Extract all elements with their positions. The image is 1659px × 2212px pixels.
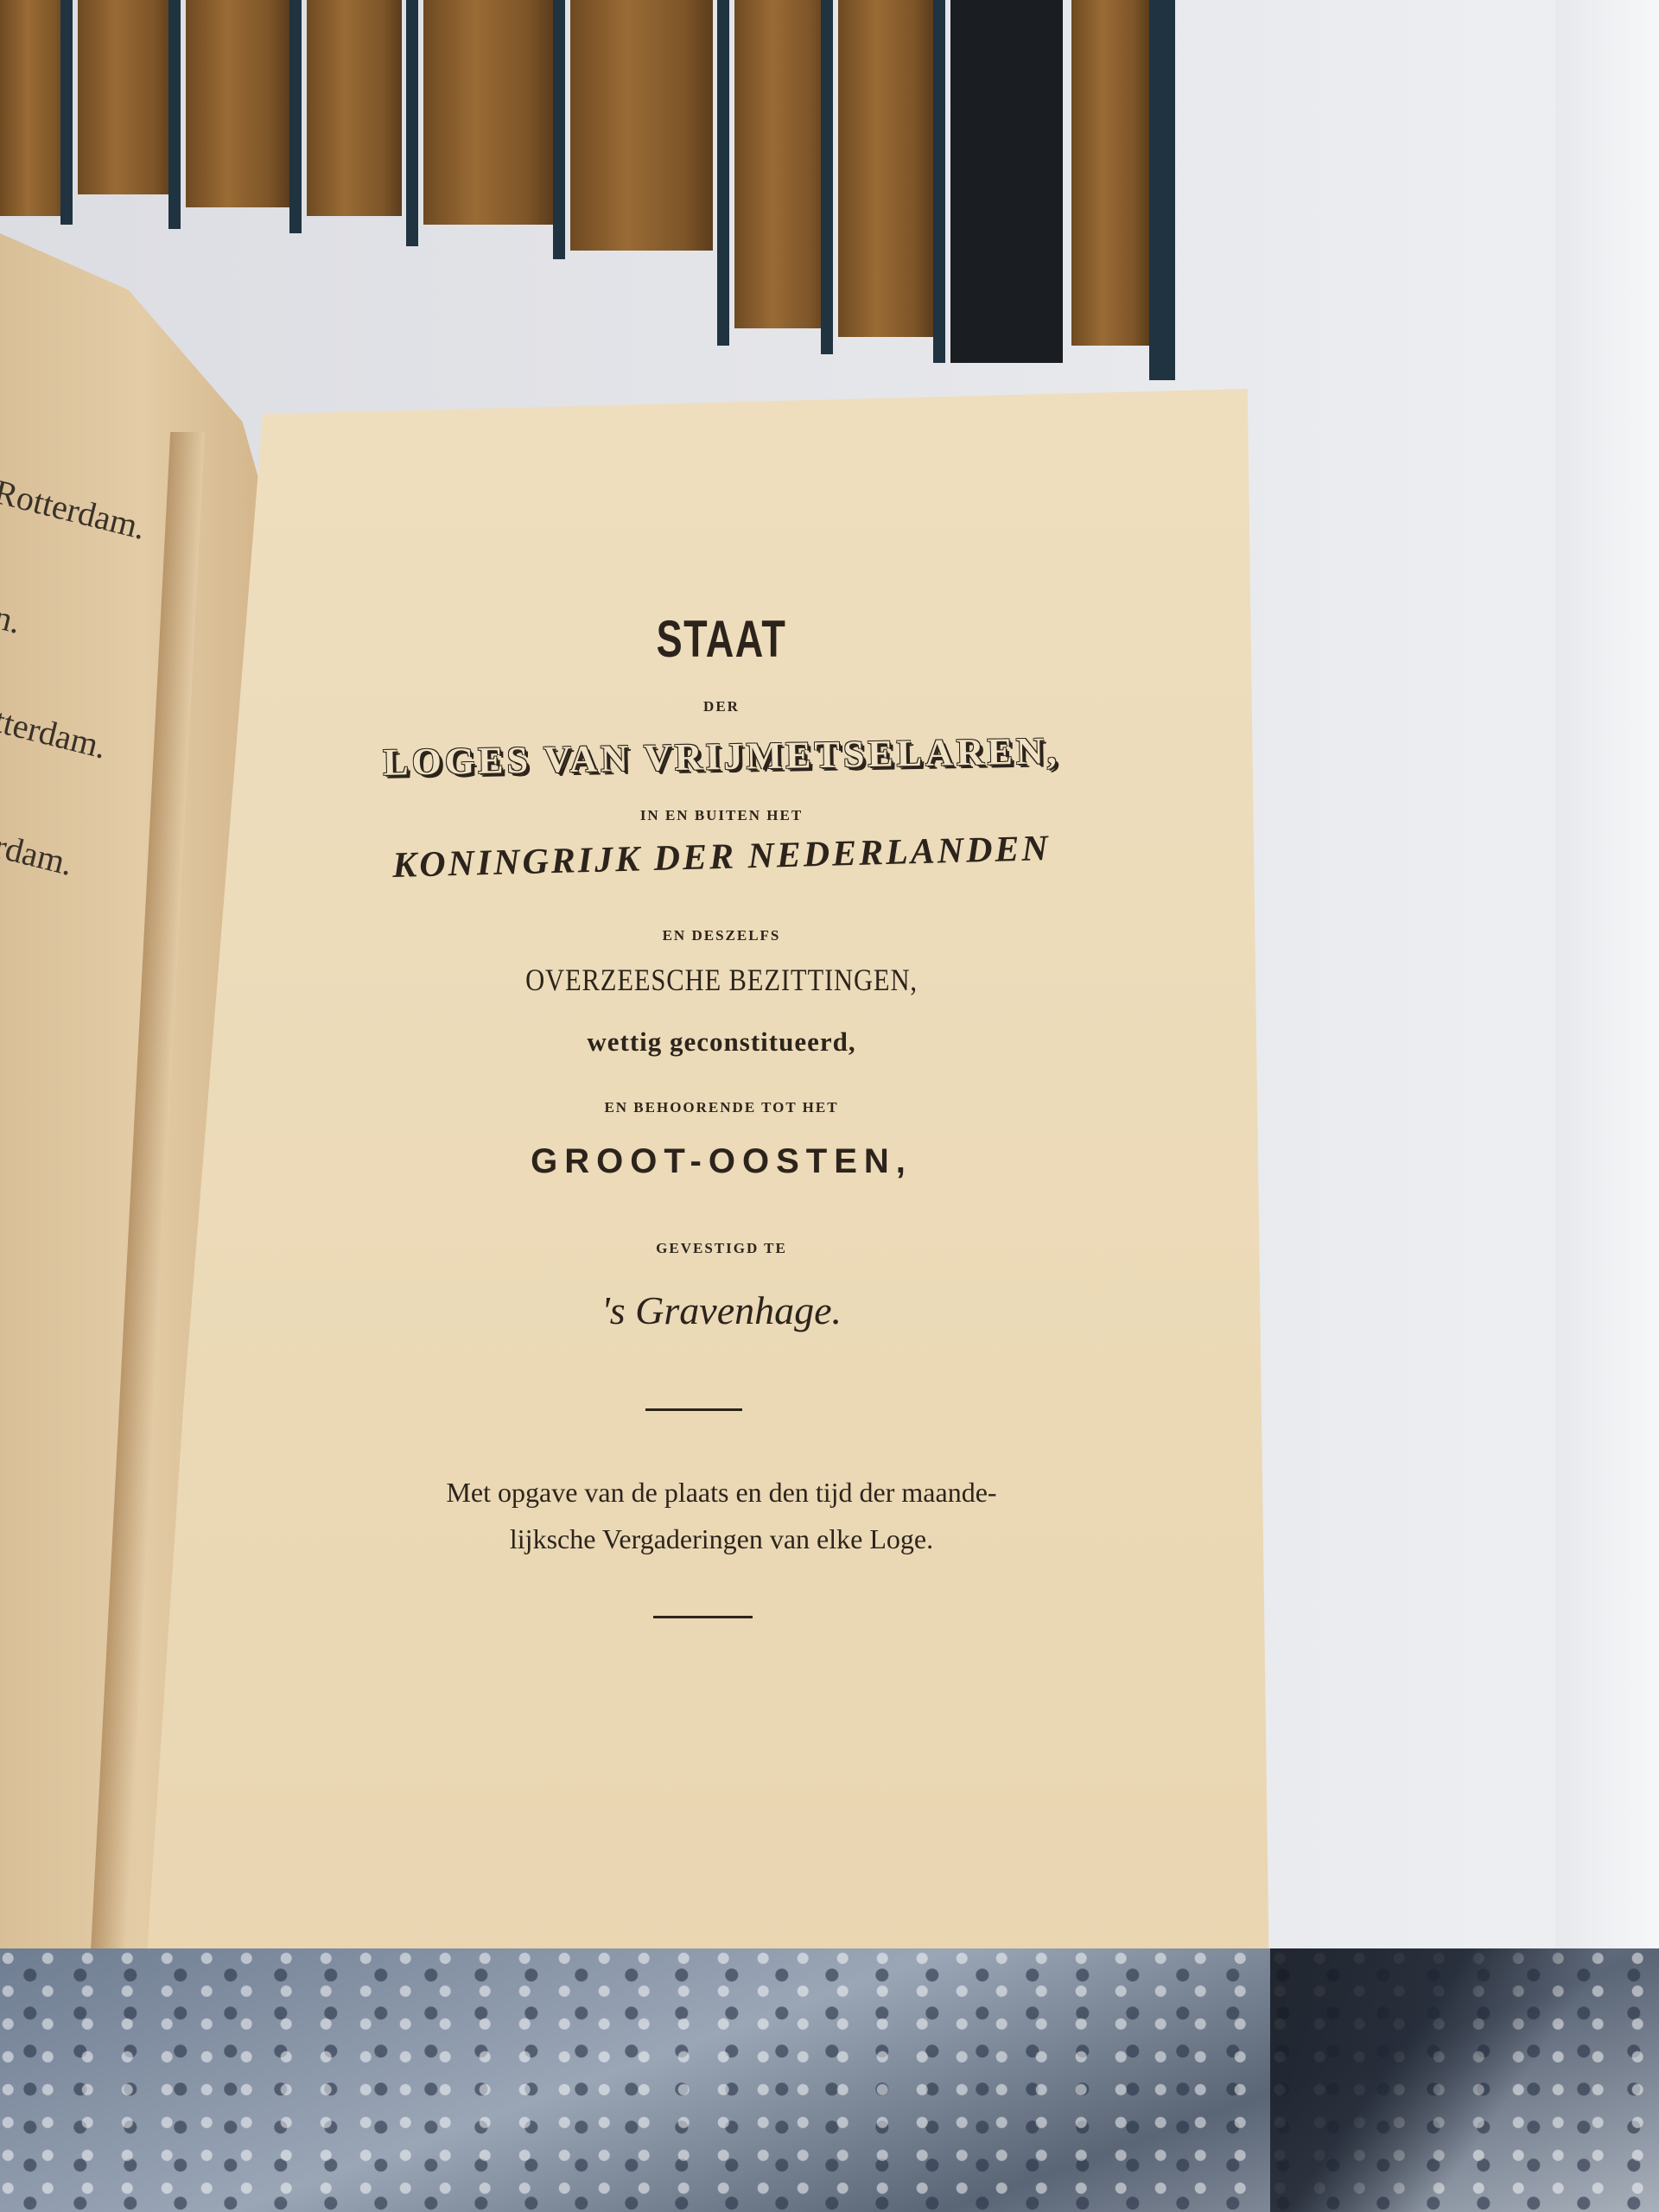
book-cover-edge bbox=[933, 0, 945, 363]
title-wettig: wettig geconstitueerd, bbox=[156, 1027, 1287, 1058]
book-edge bbox=[186, 0, 289, 207]
subtitle-in-en-buiten: IN EN BUITEN HET bbox=[156, 807, 1287, 824]
note-paragraph: Met opgave van de plaats en den tijd der… bbox=[156, 1469, 1287, 1562]
book-edge bbox=[570, 0, 713, 251]
book-cover-edge bbox=[821, 0, 833, 354]
subtitle-en-deszelfs: EN DESZELFS bbox=[156, 927, 1287, 944]
book-edge bbox=[1071, 0, 1149, 346]
note-line: Met opgave van de plaats en den tijd der… bbox=[156, 1469, 1287, 1516]
divider-rule bbox=[645, 1408, 742, 1411]
subtitle-gevestigd-te: GEVESTIGD TE bbox=[156, 1240, 1287, 1257]
book-cover-edge bbox=[717, 0, 729, 346]
background-right-strip bbox=[1555, 0, 1659, 1987]
book-cover-edge bbox=[168, 0, 181, 229]
row-of-books bbox=[0, 0, 1201, 389]
title-city: 's Gravenhage. bbox=[156, 1287, 1287, 1333]
title-page-content: STAAT DER LOGES VAN VRIJMETSELAREN, IN E… bbox=[138, 389, 1270, 2082]
note-line: lijksche Vergaderingen van elke Loge. bbox=[156, 1516, 1287, 1562]
book-edge bbox=[838, 0, 933, 337]
photo-scene: Rotterdam. n. tterdam. rdam. STAAT DER L… bbox=[0, 0, 1659, 2212]
subtitle-en-behoorende: EN BEHOORENDE TOT HET bbox=[156, 1099, 1287, 1116]
book-edge bbox=[423, 0, 553, 225]
book-cover-edge bbox=[289, 0, 302, 233]
title-staat: STAAT bbox=[297, 609, 1147, 669]
title-groot-oosten: GROOT-OOSTEN, bbox=[156, 1142, 1287, 1181]
book-edge bbox=[0, 0, 69, 216]
book-cover-edge bbox=[1149, 0, 1175, 380]
title-loges: LOGES VAN VRIJMETSELAREN, bbox=[156, 725, 1288, 789]
book-edge bbox=[78, 0, 173, 194]
book-cover-edge bbox=[406, 0, 418, 246]
divider-rule bbox=[653, 1616, 753, 1618]
cloth-shadow bbox=[1270, 1948, 1659, 2212]
book-cover-edge bbox=[60, 0, 73, 225]
book-shadow bbox=[950, 0, 1063, 363]
book-cover-edge bbox=[553, 0, 565, 259]
title-koningrijk: KONINGRIJK DER NEDERLANDEN bbox=[156, 822, 1288, 893]
title-overzeesche: OVERZEESCHE BEZITTINGEN, bbox=[240, 962, 1203, 998]
book-edge bbox=[734, 0, 829, 328]
book-edge bbox=[307, 0, 402, 216]
subtitle-der: DER bbox=[156, 698, 1287, 715]
